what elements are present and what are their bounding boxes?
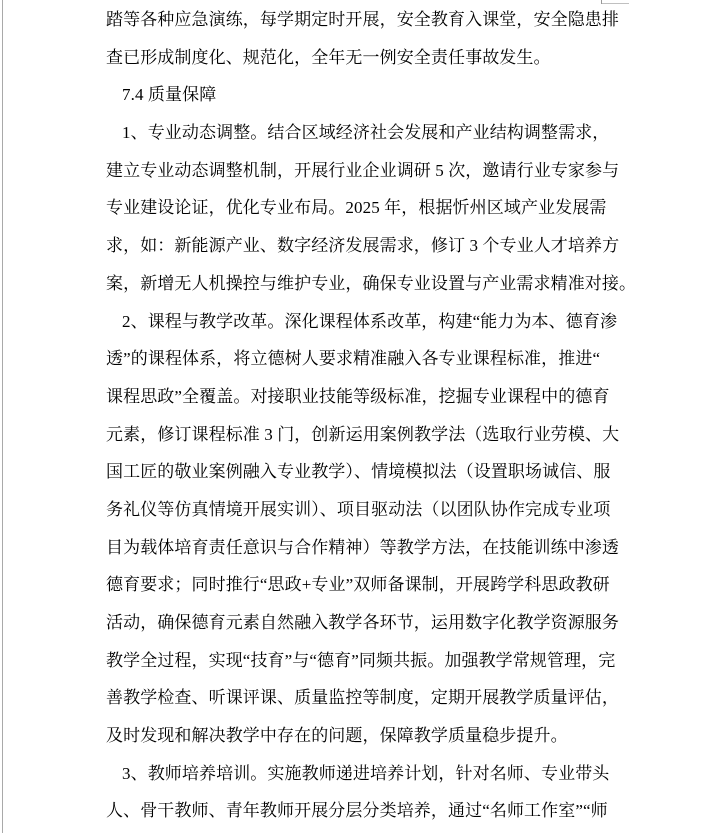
text-line: 建立专业动态调整机制，开展行业企业调研 5 次，邀请行业专家参与 [106, 152, 636, 190]
text-line: 透”的课程体系，将立德树人要求精准融入各专业课程标准，推进“ [106, 340, 636, 378]
text-line: 案，新增无人机操控与维护专业，确保专业设置与产业需求精准对接。 [106, 265, 636, 303]
text-line: 3、教师培养培训。实施教师递进培养计划，针对名师、专业带头 [106, 755, 636, 793]
text-line: 国工匠的敬业案例融入专业教学）、情境模拟法（设置职场诚信、服 [106, 453, 636, 491]
section-heading: 7.4 质量保障 [106, 76, 636, 114]
text-line: 1、专业动态调整。结合区域经济社会发展和产业结构调整需求， [106, 114, 636, 152]
text-line: 2、课程与教学改革。深化课程体系改革，构建“能力为本、德育渗 [106, 303, 636, 341]
text-line: 查已形成制度化、规范化，全年无一例安全责任事故发生。 [106, 39, 636, 77]
text-line: 专业建设论证，优化专业布局。2025 年，根据忻州区域产业发展需 [106, 189, 636, 227]
text-line: 课程思政”全覆盖。对接职业技能等级标准，挖掘专业课程中的德育 [106, 378, 636, 416]
text-line: 活动，确保德育元素自然融入教学各环节，运用数字化教学资源服务 [106, 604, 636, 642]
document-body: 踏等各种应急演练，每学期定时开展，安全教育入课堂，安全隐患排查已形成制度化、规范… [106, 1, 636, 830]
document-page: 踏等各种应急演练，每学期定时开展，安全教育入课堂，安全隐患排查已形成制度化、规范… [0, 0, 714, 833]
text-line: 求，如：新能源产业、数字经济发展需求，修订 3 个专业人才培养方 [106, 227, 636, 265]
text-line: 务礼仪等仿真情境开展实训）、项目驱动法（以团队协作完成专业项 [106, 491, 636, 529]
text-line: 善教学检查、听课评课、质量监控等制度，定期开展教学质量评估， [106, 679, 636, 717]
text-line: 元素，修订课程标准 3 门，创新运用案例教学法（选取行业劳模、大 [106, 416, 636, 454]
text-line: 目为载体培育责任意识与合作精神）等教学方法，在技能训练中渗透 [106, 529, 636, 567]
text-line: 踏等各种应急演练，每学期定时开展，安全教育入课堂，安全隐患排 [106, 1, 636, 39]
page-left-border [2, 0, 3, 833]
text-line: 人、骨干教师、青年教师开展分层分类培养，通过“名师工作室”“师 [106, 792, 636, 830]
text-line: 教学全过程，实现“技育”与“德育”同频共振。加强教学常规管理，完 [106, 642, 636, 680]
text-line: 德育要求；同时推行“思政+专业”双师备课制，开展跨学科思政教研 [106, 566, 636, 604]
text-line: 及时发现和解决教学中存在的问题，保障教学质量稳步提升。 [106, 717, 636, 755]
